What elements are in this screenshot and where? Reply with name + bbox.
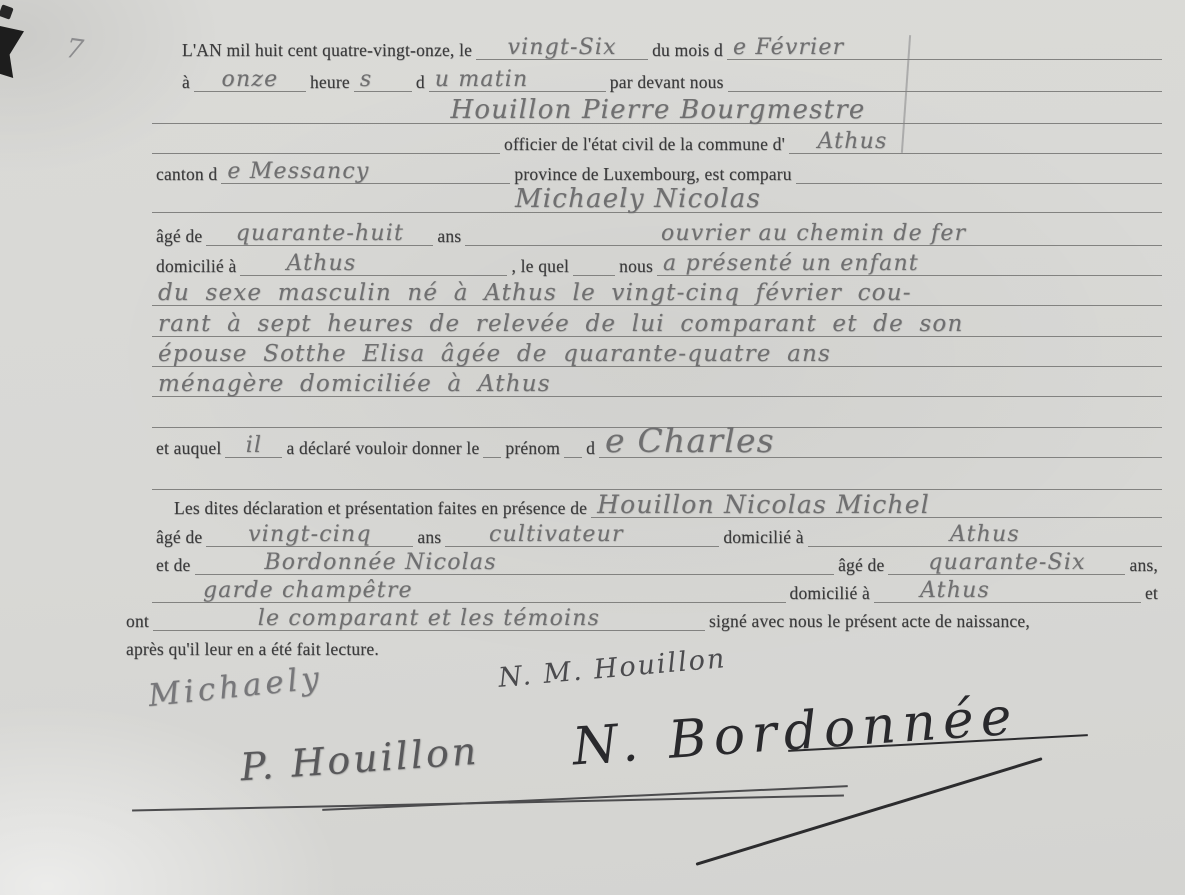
form-line-witness1: Les dites déclaration et présentation fa… — [170, 488, 1162, 518]
field-child-given-name: e Charles — [599, 424, 1162, 458]
form-line-date: L'AN mil huit cent quatre-vingt-onze, le… — [178, 30, 1162, 60]
ruled-line — [483, 457, 501, 458]
form-line-declarant-age: âgé de quarante-huit ans ouvrier au chem… — [152, 216, 1162, 246]
printed-heure: heure — [306, 72, 354, 92]
printed-year-text: L'AN mil huit cent quatre-vingt-onze, le — [178, 40, 476, 60]
field-hour: onze — [194, 69, 306, 92]
form-line-declarant-name: Michaely Nicolas — [152, 183, 1162, 213]
field-witness1-occupation: cultivateur — [445, 524, 667, 547]
handwritten-text: épouse Sotthe Elisa âgée de quarante-qua… — [152, 343, 1162, 367]
printed-et-de: et de — [152, 555, 195, 575]
ruled-line — [834, 212, 1162, 213]
field-commune: Athus — [789, 131, 916, 154]
scan-edge-artifact — [0, 26, 24, 78]
ruled-line — [564, 457, 582, 458]
printed-d: d — [412, 72, 429, 92]
printed-canton: canton d — [152, 164, 221, 184]
field-month: e Février — [727, 37, 1162, 60]
printed-devant-nous: par devant nous — [606, 72, 728, 92]
field-am-pm: u matin — [429, 69, 606, 92]
field-il: il — [225, 435, 282, 458]
printed-presence-de: Les dites déclaration et présentation fa… — [170, 498, 591, 518]
printed-officier-etat-civil: officier de l'état civil de la commune d… — [500, 134, 789, 154]
printed-signe-avec-nous: signé avec nous le présent acte de naiss… — [705, 611, 1034, 631]
printed-ont: ont — [122, 611, 153, 631]
printed-prenom: prénom — [501, 438, 564, 458]
printed-d: d — [582, 438, 599, 458]
field-witness2-name: Bordonnée Nicolas — [195, 552, 567, 575]
field-witness1-age: vingt-cinq — [206, 524, 413, 547]
field-officer-name: Houillon Pierre Bourgmestre — [402, 97, 914, 124]
handwritten-text: ménagère domiciliée à Athus — [152, 373, 594, 397]
field-declarant-name: Michaely Nicolas — [442, 186, 834, 213]
printed-lequel: , le quel — [507, 256, 573, 276]
form-line-mother: épouse Sotthe Elisa âgée de quarante-qua… — [152, 337, 1162, 367]
printed-et-auquel: et auquel — [152, 438, 225, 458]
signature-flourish-underline — [132, 795, 844, 812]
ruled-line — [728, 91, 1162, 92]
handwritten-text: rant à sept heures de relevée de lui com… — [152, 313, 1162, 337]
form-line-declarant-domicile: domicilié à Athus , le quel nous a prése… — [152, 246, 1162, 276]
handwritten-text: du sexe masculin né à Athus le vingt-cin… — [152, 282, 1162, 306]
printed-age-de: âgé de — [152, 527, 206, 547]
field-hour-plural: s — [354, 69, 380, 92]
signature-witness2: N. Bordonnée — [571, 690, 1020, 773]
printed-age-de: âgé de — [152, 226, 206, 246]
printed-at: à — [178, 72, 194, 92]
field-presentation: a présenté un enfant — [657, 253, 1162, 276]
form-line-signature-clause: ont le comparant et les témoins signé av… — [122, 601, 1162, 631]
printed-month-text: du mois d — [648, 40, 727, 60]
form-line-child-sex: du sexe masculin né à Athus le vingt-cin… — [152, 276, 1162, 306]
form-line-mother-domicile: ménagère domiciliée à Athus — [152, 367, 1162, 397]
ruled-line — [380, 91, 412, 92]
printed-ans: ans — [413, 527, 445, 547]
printed-nous: nous — [615, 256, 657, 276]
printed-ans: ans — [433, 226, 465, 246]
field-witness2-domicile: Athus — [874, 580, 1036, 603]
field-witness2-age: quarante-Six — [888, 552, 1125, 575]
ruled-line — [152, 212, 442, 213]
form-line-witness2: et de Bordonnée Nicolas âgé de quarante-… — [152, 545, 1162, 575]
form-line-canton: canton d e Messancy province de Luxembou… — [152, 154, 1162, 184]
printed-province: province de Luxembourg, est comparu — [510, 164, 795, 184]
printed-domicilie-a: domicilié à — [786, 583, 874, 603]
printed-ans: ans, — [1125, 555, 1162, 575]
field-declarant-domicile: Athus — [240, 253, 402, 276]
form-line-commune: officier de l'état civil de la commune d… — [152, 124, 1162, 154]
form-line-given-name: et auquel il a déclaré vouloir donner le… — [152, 428, 1162, 458]
margin-number: 7 — [64, 33, 85, 66]
printed-domicilie-a: domicilié à — [152, 256, 240, 276]
printed-age-de: âgé de — [834, 555, 888, 575]
field-signing-parties: le comparant et les témoins — [153, 608, 705, 631]
printed-apres-lecture: après qu'il leur en a été fait lecture. — [122, 639, 383, 659]
field-day: vingt-Six — [476, 37, 648, 60]
form-line-witness2-domicile: garde champêtre domicilié à Athus et — [152, 573, 1162, 603]
form-line-officer-name: Houillon Pierre Bourgmestre — [152, 94, 1162, 124]
signature-declarant: Michaely — [147, 663, 325, 712]
scan-edge-dot — [0, 4, 14, 19]
blank-rule — [152, 460, 1162, 490]
signature-officer: P. Houillon — [239, 732, 480, 787]
field-witness1-domicile: Athus — [808, 524, 1162, 547]
field-witness1-name: Houillon Nicolas Michel — [591, 492, 1162, 518]
field-declarant-age: quarante-huit — [206, 223, 433, 246]
field-declarant-occupation: ouvrier au chemin de fer — [465, 223, 1162, 246]
printed-declare-donner: a déclaré vouloir donner le — [282, 438, 483, 458]
printed-et: et — [1141, 583, 1162, 603]
field-canton: e Messancy — [221, 161, 468, 184]
form-line-hour: à onze heure s d u matin par devant nous — [178, 62, 1162, 92]
form-line-witness1-age: âgé de vingt-cinq ans cultivateur domici… — [152, 517, 1162, 547]
printed-domicilie-a: domicilié à — [719, 527, 807, 547]
field-witness2-occupation: garde champêtre — [197, 580, 509, 603]
ruled-line — [594, 396, 1162, 397]
scanned-birth-record-page: 7 L'AN mil huit cent quatre-vingt-onze, … — [0, 0, 1185, 895]
form-line-birth-time: rant à sept heures de relevée de lui com… — [152, 307, 1162, 337]
signature-flourish-tail — [696, 757, 1043, 865]
